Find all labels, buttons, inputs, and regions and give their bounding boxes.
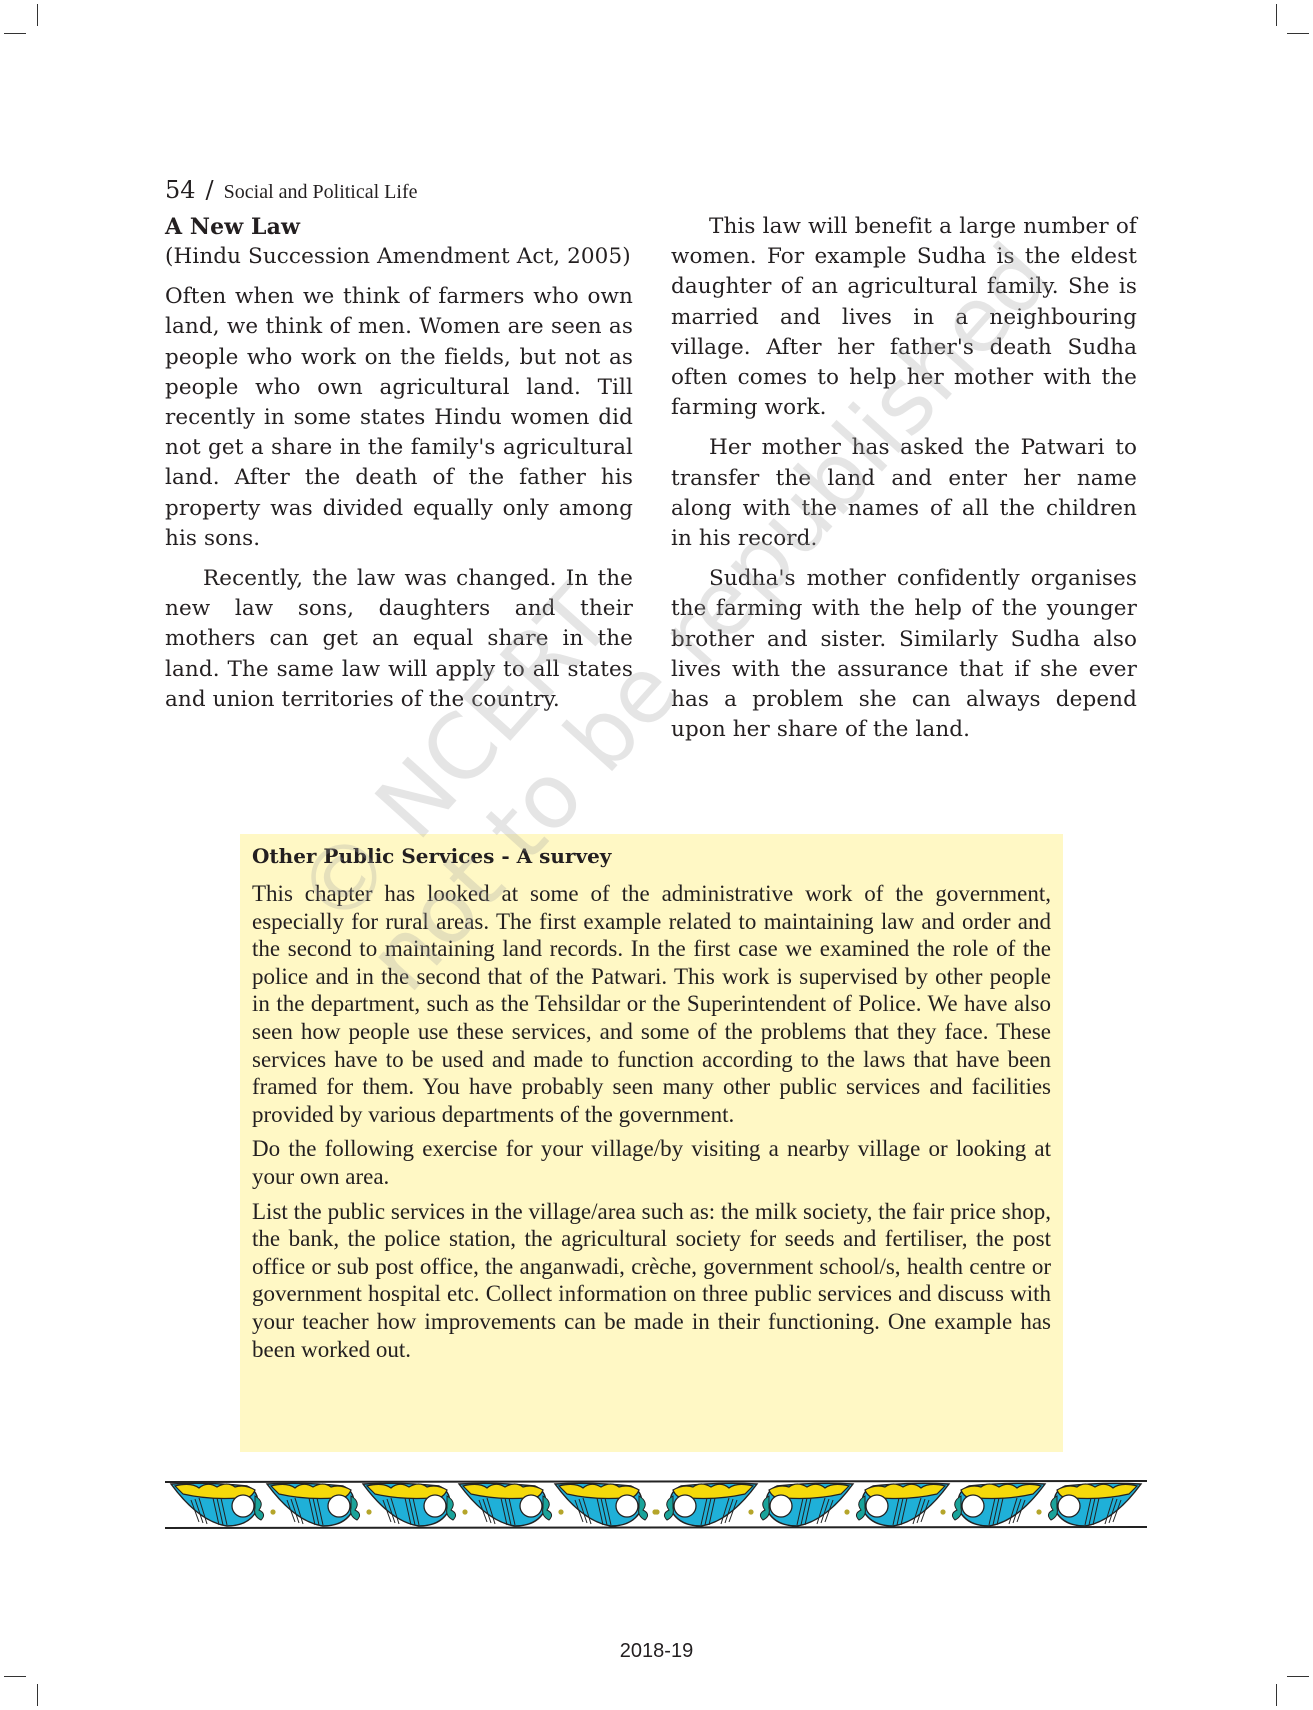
running-header: 54 / Social and Political Life [165,176,417,204]
survey-paragraph: Do the following exercise for your villa… [252,1135,1051,1190]
paragraph: Often when we think of farmers who own l… [165,282,633,554]
crop-mark-top-right-h [1287,33,1309,34]
page-number: 54 [165,176,196,204]
crop-mark-bottom-left-h [4,1676,26,1677]
section-subheading: (Hindu Succession Amendment Act, 2005) [165,242,633,272]
crop-mark-bottom-right-h [1287,1676,1309,1677]
section-heading: A New Law [165,212,633,242]
right-column: This law will benefit a large number of … [671,212,1137,755]
crop-mark-top-left-h [4,33,26,34]
footer-year: 2018-19 [0,1640,1313,1663]
paragraph: Recently, the law was changed. In the ne… [165,564,633,715]
survey-box-title: Other Public Services - A survey [252,842,1051,870]
paragraph: This law will benefit a large number of … [671,212,1137,423]
survey-box: Other Public Services - A survey This ch… [240,834,1063,1452]
left-column: A New Law (Hindu Succession Amendment Ac… [165,212,633,725]
paragraph: Her mother has asked the Patwari to tran… [671,433,1137,554]
crop-mark-top-right-v [1276,4,1277,26]
crop-mark-top-left-v [37,4,38,26]
folk-art-border-icon [165,1478,1147,1532]
survey-paragraph: List the public services in the village/… [252,1198,1051,1364]
survey-paragraph: This chapter has looked at some of the a… [252,880,1051,1128]
crop-mark-bottom-right-v [1276,1684,1277,1706]
paragraph: Sudha's mother confidently organises the… [671,564,1137,745]
header-separator: / [206,176,214,204]
crop-mark-bottom-left-v [37,1684,38,1706]
book-title: Social and Political Life [224,181,418,204]
